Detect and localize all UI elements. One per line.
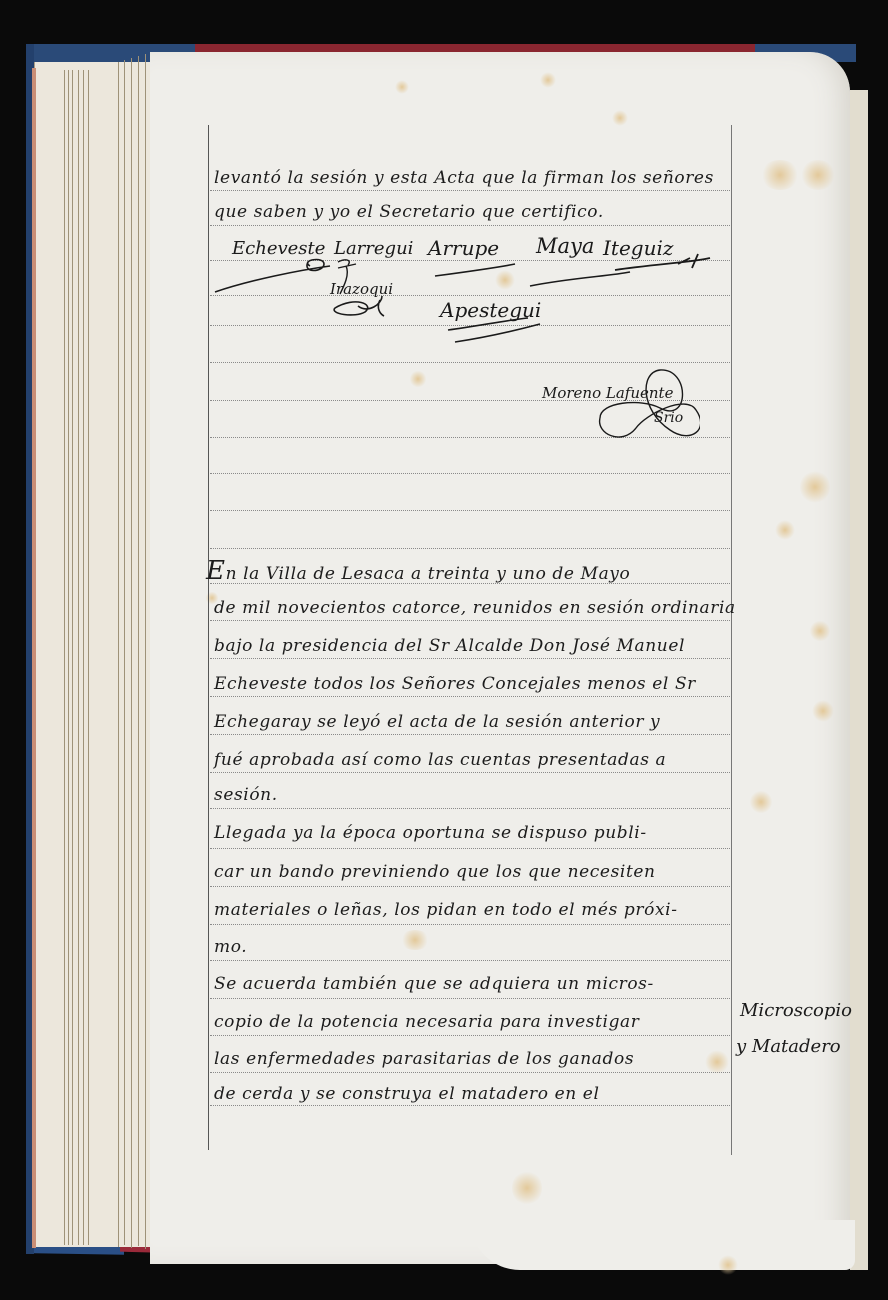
next-page-edge <box>850 90 868 1270</box>
ruled-line <box>210 1035 730 1036</box>
ruled-line <box>210 473 730 474</box>
signature-flourishes <box>210 250 730 360</box>
ruled-line <box>210 696 730 697</box>
page-edge-line <box>131 58 132 1248</box>
right-margin-rule <box>731 125 732 1155</box>
ruled-line <box>210 1105 730 1106</box>
opening-line-3: bajo la presidencia del Sr Alcalde Don J… <box>214 636 726 656</box>
page-edge-line <box>145 54 146 1249</box>
paragraph2-line-2: car un bando previniendo que los que nec… <box>214 862 726 882</box>
foxing-stain <box>800 470 830 504</box>
ruled-line <box>210 924 730 925</box>
ruled-line <box>210 886 730 887</box>
foxing-stain <box>512 1170 542 1206</box>
secretary-flourish <box>580 368 700 448</box>
page-edge-line <box>118 62 119 1247</box>
opening-line-6: fué aprobada así como las cuentas presen… <box>214 750 726 770</box>
opening-line-7: sesión. <box>214 785 726 805</box>
opening-line-5: Echegaray se leyó el acta de la sesión a… <box>214 712 726 732</box>
ruled-line <box>210 1072 730 1073</box>
opening-line-1-text: n la Villa de Lesaca a treinta y uno de … <box>226 564 631 584</box>
book-cover-red-cloth <box>195 44 755 52</box>
page-edge-line <box>64 70 65 1245</box>
foxing-stain <box>750 790 772 814</box>
ruled-line <box>210 190 730 191</box>
page-edge-line <box>124 60 125 1245</box>
ruled-line <box>210 620 730 621</box>
page-edge-line <box>68 70 69 1245</box>
ruled-line <box>210 658 730 659</box>
page-edge-line <box>138 56 139 1246</box>
page-edge-line <box>78 70 79 1245</box>
left-margin-rule <box>208 125 209 1150</box>
page-edge-gilt <box>32 68 36 1248</box>
paragraph2-line-1: Llegada ya la época oportuna se dispuso … <box>214 823 726 843</box>
ruled-line <box>210 734 730 735</box>
ruled-line <box>210 225 730 226</box>
page-edge-line <box>72 70 73 1245</box>
ruled-line <box>210 960 730 961</box>
foxing-stain <box>775 520 795 540</box>
foxing-stain <box>718 1255 738 1275</box>
paragraph3-line-1: Se acuerda también que se adquiera un mi… <box>214 974 726 994</box>
paragraph3-line-2: copio de la potencia necesaria para inve… <box>214 1012 726 1032</box>
ruled-line <box>210 548 730 549</box>
foxing-stain <box>540 72 556 88</box>
ruled-line <box>210 362 730 363</box>
ruled-line <box>210 772 730 773</box>
paragraph2-line-4: mo. <box>214 937 726 957</box>
opening-line-4: Echeveste todos los Señores Concejales m… <box>214 674 726 694</box>
opening-line-1: En la Villa de Lesaca a treinta y uno de… <box>206 556 718 586</box>
paragraph3-line-3: las enfermedades parasitarias de los gan… <box>214 1049 726 1069</box>
closing-line-1: levantó la sesión y esta Acta que la fir… <box>214 168 726 188</box>
foxing-stain <box>760 160 800 190</box>
paragraph2-line-3: materiales o leñas, los pidan en todo el… <box>214 900 726 920</box>
opening-line-2: de mil novecientos catorce, reunidos en … <box>214 598 726 618</box>
foxing-stain <box>812 700 834 722</box>
foxing-stain <box>810 620 830 642</box>
ruled-line <box>210 848 730 849</box>
foxing-stain <box>395 80 409 94</box>
closing-line-2: que saben y yo el Secretario que certifi… <box>214 202 726 222</box>
margin-note-line-2: y Matadero <box>736 1036 841 1057</box>
foxing-stain <box>800 160 836 190</box>
margin-note-line-1: Microscopio <box>740 1000 852 1021</box>
ruled-line <box>210 808 730 809</box>
ruled-line <box>210 510 730 511</box>
dropcap-E: E <box>206 556 226 586</box>
ruled-line <box>210 998 730 999</box>
page-edge-line <box>83 70 84 1245</box>
page-edge-line <box>88 70 89 1245</box>
page-bottom-curl <box>470 1220 855 1270</box>
paragraph3-line-4: de cerda y se construya el matadero en e… <box>214 1084 726 1104</box>
foxing-stain <box>612 110 628 126</box>
foxing-stain <box>410 370 426 388</box>
